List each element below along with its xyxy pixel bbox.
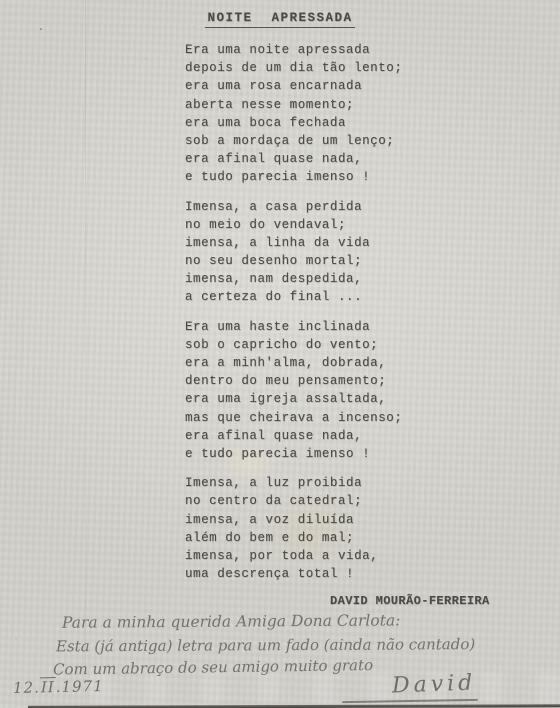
dedication-line: Para a minha querida Amiga Dona Carlota: bbox=[62, 610, 560, 631]
poem-line: sob o capricho do vento; bbox=[185, 336, 402, 354]
poem-line: era afinal quase nada, bbox=[185, 150, 402, 168]
paper-specks bbox=[40, 28, 42, 30]
stanza: Imensa, a casa perdidano meio do vendava… bbox=[185, 198, 402, 307]
date-year: .1971 bbox=[56, 677, 104, 696]
poem-line: Era uma haste inclinada bbox=[185, 318, 402, 336]
stanza: Era uma haste inclinadasob o capricho do… bbox=[185, 318, 402, 464]
poem-line: além do bem e do mal; bbox=[185, 529, 402, 547]
dedication-line: Com um abraço do seu amigo muito grato bbox=[53, 653, 560, 678]
handwritten-signature: David bbox=[392, 671, 477, 699]
poem-line: uma descrença total ! bbox=[185, 565, 402, 583]
dedication-line: Esta (já antiga) letra para um fado (ain… bbox=[56, 635, 560, 656]
poem-line: era uma igreja assaltada, bbox=[185, 390, 402, 408]
poem-title: NOITE APRESSADA bbox=[0, 8, 560, 28]
poem-line: era uma rosa encarnada bbox=[185, 77, 402, 95]
poem-line: Imensa, a luz proibida bbox=[185, 474, 402, 492]
poem-line: no seu desenho mortal; bbox=[185, 252, 402, 270]
poem-line: e tudo parecia imenso ! bbox=[185, 168, 402, 186]
poem-line: depois de um dia tão lento; bbox=[185, 59, 402, 77]
author-name: DAVID MOURÃO-FERREIRA bbox=[330, 594, 490, 608]
poem-line: imensa, a linha da vida bbox=[185, 234, 402, 252]
poem-line: mas que cheirava a incenso; bbox=[185, 409, 402, 427]
stanza: Era uma noite apressadadepois de um dia … bbox=[185, 41, 402, 187]
paper-crease bbox=[85, 0, 86, 708]
poem-line: era afinal quase nada, bbox=[185, 427, 402, 445]
dedication-lines: Para a minha querida Amiga Dona Carlota:… bbox=[0, 612, 560, 675]
date-month-roman: II bbox=[40, 677, 56, 696]
poem-line: imensa, nam despedida, bbox=[185, 270, 402, 288]
poem-line: era a minh'alma, dobrada, bbox=[185, 354, 402, 372]
scan-bottom-edge bbox=[28, 704, 560, 708]
poem-line: imensa, por toda a vida, bbox=[185, 547, 402, 565]
poem-line: no centro da catedral; bbox=[185, 492, 402, 510]
handwritten-date: 12.II.1971 bbox=[13, 677, 104, 697]
poem-line: no meio do vendaval; bbox=[185, 216, 402, 234]
poem-line: Imensa, a casa perdida bbox=[185, 198, 402, 216]
poem-title-text: NOITE APRESSADA bbox=[205, 11, 354, 28]
poem-line: imensa, a voz diluída bbox=[185, 511, 402, 529]
poem-line: dentro do meu pensamento; bbox=[185, 372, 402, 390]
poem-line: Era uma noite apressada bbox=[185, 41, 402, 59]
poem-line: era uma boca fechada bbox=[185, 114, 402, 132]
date-day: 12. bbox=[13, 678, 40, 697]
poem: Era uma noite apressadadepois de um dia … bbox=[185, 41, 402, 594]
dedication: Para a minha querida Amiga Dona Carlota:… bbox=[0, 612, 560, 675]
poem-line: sob a mordaça de um lenço; bbox=[185, 132, 402, 150]
poem-line: a certeza do final ... bbox=[185, 288, 402, 306]
scanned-poem-page: NOITE APRESSADA Era uma noite apressadad… bbox=[0, 0, 560, 708]
stanza: Imensa, a luz proibidano centro da cated… bbox=[185, 474, 402, 583]
poem-line: aberta nesse momento; bbox=[185, 96, 402, 114]
poem-line: e tudo parecia imenso ! bbox=[185, 445, 402, 463]
